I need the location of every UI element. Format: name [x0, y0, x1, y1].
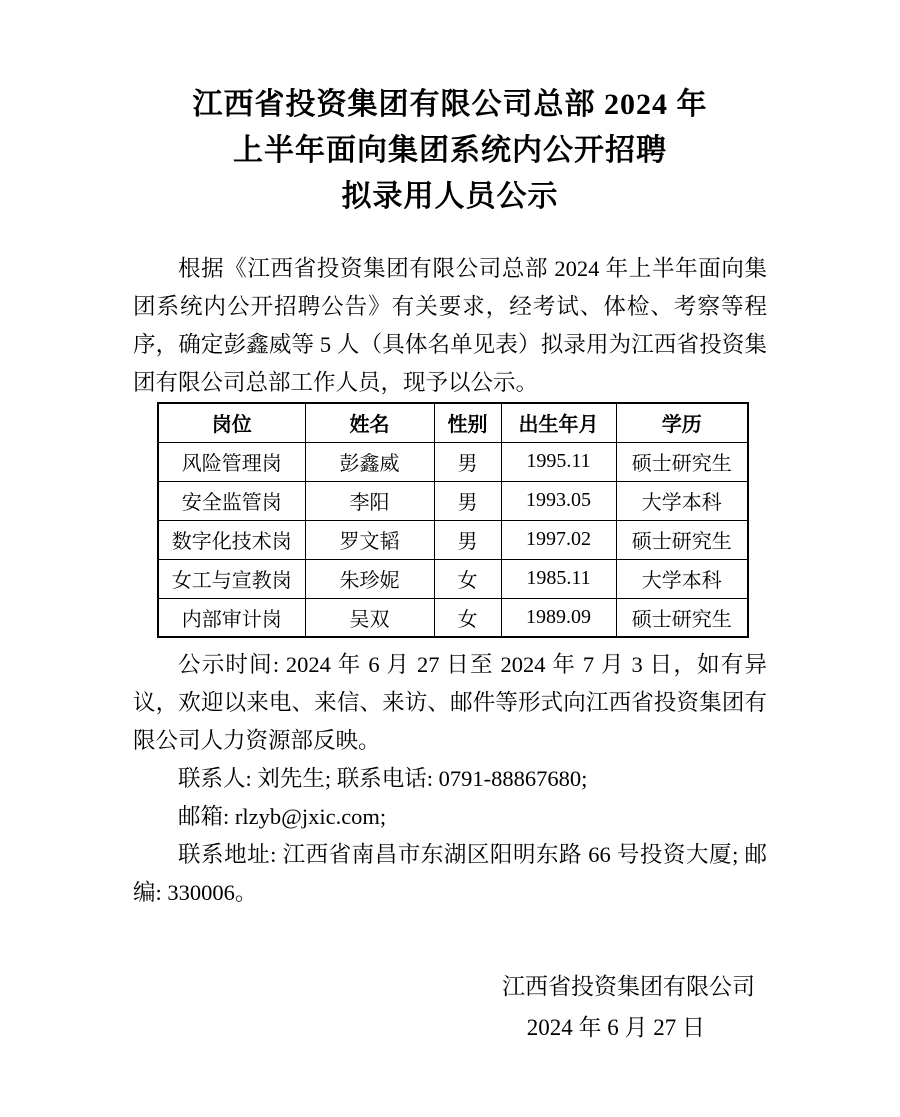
cell-post: 女工与宣教岗 [158, 559, 305, 598]
document-page: 江西省投资集团有限公司总部 2024 年 上半年面向集团系统内公开招聘 拟录用人… [0, 0, 900, 1117]
cell-gender: 男 [434, 520, 501, 559]
contact-person-line: 联系人: 刘先生; 联系电话: 0791-88867680; [133, 760, 767, 798]
cell-birth: 1985.11 [501, 559, 616, 598]
cell-degree: 硕士研究生 [616, 598, 748, 637]
table-row: 数字化技术岗 罗文韬 男 1997.02 硕士研究生 [158, 520, 748, 559]
cell-gender: 男 [434, 481, 501, 520]
cell-birth: 1997.02 [501, 520, 616, 559]
cell-name: 彭鑫威 [305, 442, 434, 481]
cell-degree: 硕士研究生 [616, 442, 748, 481]
cell-name: 吴双 [305, 598, 434, 637]
cell-post: 内部审计岗 [158, 598, 305, 637]
cell-post: 数字化技术岗 [158, 520, 305, 559]
table-row: 风险管理岗 彭鑫威 男 1995.11 硕士研究生 [158, 442, 748, 481]
cell-name: 朱珍妮 [305, 559, 434, 598]
recruitment-table: 岗位 姓名 性别 出生年月 学历 风险管理岗 彭鑫威 男 1995.11 硕士研… [157, 402, 749, 638]
cell-degree: 大学本科 [616, 559, 748, 598]
cell-gender: 女 [434, 559, 501, 598]
cell-birth: 1993.05 [501, 481, 616, 520]
title-line-2: 上半年面向集团系统内公开招聘 [133, 128, 767, 174]
signature-date: 2024 年 6 月 27 日 [133, 1007, 755, 1049]
cell-post: 安全监管岗 [158, 481, 305, 520]
title-line-3: 拟录用人员公示 [133, 174, 767, 220]
header-name: 姓名 [305, 403, 434, 442]
cell-birth: 1989.09 [501, 598, 616, 637]
notice-paragraph: 公示时间: 2024 年 6 月 27 日至 2024 年 7 月 3 日，如有… [133, 646, 767, 760]
cell-name: 李阳 [305, 481, 434, 520]
cell-gender: 男 [434, 442, 501, 481]
cell-degree: 大学本科 [616, 481, 748, 520]
table-row: 安全监管岗 李阳 男 1993.05 大学本科 [158, 481, 748, 520]
header-birth: 出生年月 [501, 403, 616, 442]
table-row: 内部审计岗 吴双 女 1989.09 硕士研究生 [158, 598, 748, 637]
cell-name: 罗文韬 [305, 520, 434, 559]
cell-degree: 硕士研究生 [616, 520, 748, 559]
title-line-1: 江西省投资集团有限公司总部 2024 年 [133, 82, 767, 128]
intro-paragraph: 根据《江西省投资集团有限公司总部 2024 年上半年面向集团系统内公开招聘公告》… [133, 250, 767, 402]
email-line: 邮箱: rlzyb@jxic.com; [133, 798, 767, 836]
document-title: 江西省投资集团有限公司总部 2024 年 上半年面向集团系统内公开招聘 拟录用人… [133, 82, 767, 220]
signature-company: 江西省投资集团有限公司 [133, 967, 755, 1007]
cell-post: 风险管理岗 [158, 442, 305, 481]
cell-birth: 1995.11 [501, 442, 616, 481]
signature-block: 江西省投资集团有限公司 2024 年 6 月 27 日 [133, 967, 767, 1049]
header-degree: 学历 [616, 403, 748, 442]
table-header-row: 岗位 姓名 性别 出生年月 学历 [158, 403, 748, 442]
cell-gender: 女 [434, 598, 501, 637]
header-gender: 性别 [434, 403, 501, 442]
address-line: 联系地址: 江西省南昌市东湖区阳明东路 66 号投资大厦; 邮编: 330006… [133, 836, 767, 912]
header-post: 岗位 [158, 403, 305, 442]
table-row: 女工与宣教岗 朱珍妮 女 1985.11 大学本科 [158, 559, 748, 598]
